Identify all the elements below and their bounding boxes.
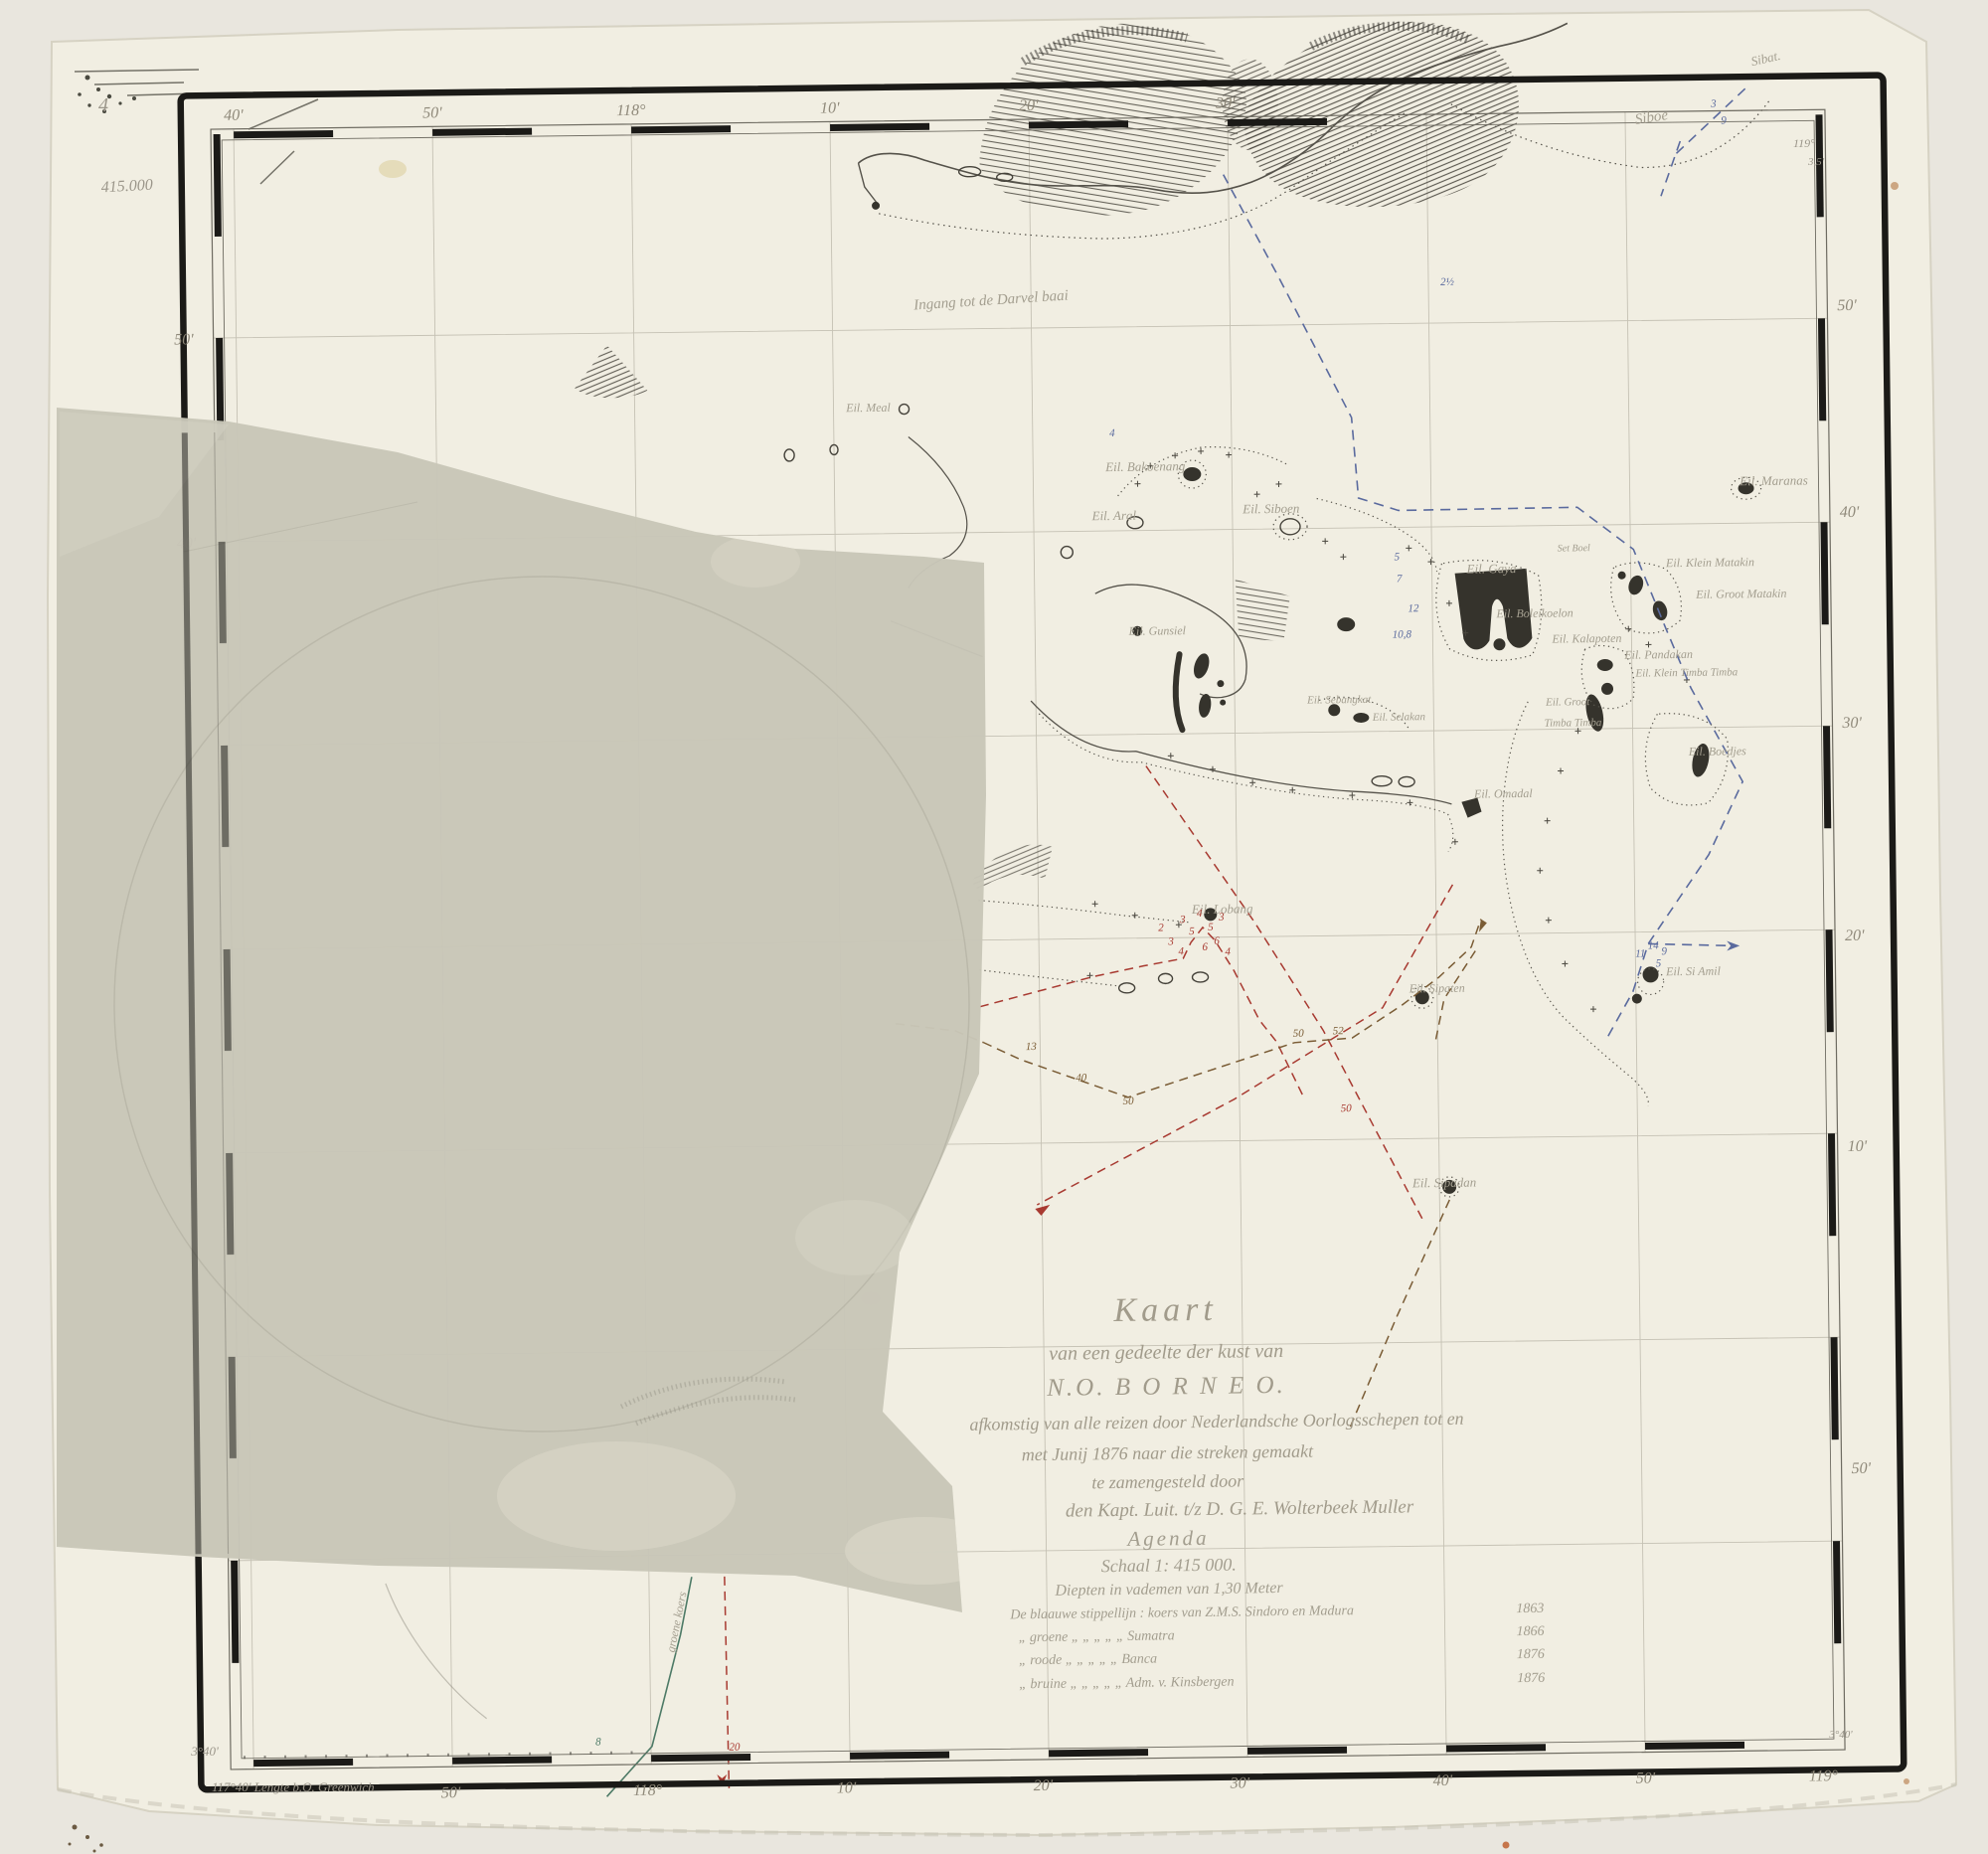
place-label: Eil. Boleikoelon xyxy=(1495,605,1573,620)
legend-row: „ bruine „ „ „ „ „ Adm. v. Kinsbergen xyxy=(1019,1675,1235,1693)
sounding-value: 4 xyxy=(1225,946,1231,958)
margin-note: 117°40' Lengte b.O. Greenwich xyxy=(212,1779,375,1794)
tick-label: 50' xyxy=(1852,1460,1872,1477)
sounding-value: 14 xyxy=(1648,939,1660,951)
title-line: te zamengesteld door xyxy=(1091,1470,1244,1492)
sounding-value: 5 xyxy=(1208,922,1214,933)
legend-year: 1866 xyxy=(1517,1624,1545,1639)
title-line: met Junij 1876 naar die streken gemaakt xyxy=(1022,1441,1314,1465)
place-label: Eil. Klein Matakin xyxy=(1665,555,1754,570)
tick-label: 30' xyxy=(1841,715,1862,732)
title-line: den Kapt. Luit. t/z D. G. E. Wolterbeek … xyxy=(1066,1496,1414,1521)
sounding-value: 40 xyxy=(1076,1072,1087,1084)
title-line: van een gedeelte der kust van xyxy=(1049,1340,1283,1365)
tick-label: 118° xyxy=(633,1782,663,1799)
tracing-paper-overlay xyxy=(57,408,1004,1612)
sounding-value: 3 xyxy=(1218,912,1225,924)
place-label: Timba Timba xyxy=(1544,717,1601,730)
tick-label: 50' xyxy=(1636,1770,1656,1786)
sounding-value: 5 xyxy=(1395,551,1401,563)
tick-label: 40' xyxy=(1433,1772,1453,1789)
tick-label: 50' xyxy=(174,331,194,348)
legend-row: „ groene „ „ „ „ „ Sumatra xyxy=(1019,1628,1175,1645)
place-label: Eil. Groot Matakin xyxy=(1695,587,1786,601)
place-label: Eil. Meal xyxy=(845,401,891,416)
place-label: Eil. Omadal xyxy=(1473,786,1533,801)
tick-label: 30' xyxy=(1215,94,1236,111)
sounding-value: 2½ xyxy=(1440,276,1454,288)
place-label: Eil. Aral xyxy=(1090,508,1136,524)
sounding-value: 6 xyxy=(1202,941,1208,953)
place-label: Eil. Sipadan xyxy=(1411,1175,1476,1191)
place-label: Eil. Siboen xyxy=(1242,501,1299,517)
legend-row: „ roode „ „ „ „ „ Banca xyxy=(1019,1652,1157,1669)
sounding-value: 3 xyxy=(1179,914,1186,926)
place-label: Eil. Selakan xyxy=(1372,711,1426,724)
sounding-value: 4 xyxy=(1178,945,1184,957)
tick-label: 10' xyxy=(837,1779,857,1796)
tick-label: 20' xyxy=(1034,1777,1054,1794)
legend-heading: Agenda xyxy=(1125,1526,1209,1551)
sounding-value: 8 xyxy=(595,1736,601,1748)
sounding-value: 11 xyxy=(1635,947,1645,959)
tick-label: 118° xyxy=(616,102,646,119)
legend-year: 1876 xyxy=(1517,1671,1545,1686)
sounding-value: 4 xyxy=(1197,908,1203,920)
place-label: Eil. Kalapoten xyxy=(1551,631,1621,646)
tick-label: 20' xyxy=(1019,97,1039,114)
sounding-value: 20 xyxy=(729,1742,741,1754)
margin-note: 415.000 xyxy=(100,177,153,197)
sounding-value: 50 xyxy=(1341,1102,1353,1114)
tick-label: 50' xyxy=(1837,297,1857,314)
tick-label: 50' xyxy=(422,104,442,121)
sounding-value: 5 xyxy=(1189,926,1195,937)
sounding-value: 7 xyxy=(1397,573,1403,585)
place-label: Eil. Boedjes xyxy=(1688,744,1746,758)
margin-note: 119° xyxy=(1793,136,1815,150)
sounding-value: 10,8 xyxy=(1393,628,1412,640)
legend-heading: Schaal 1: 415 000. xyxy=(1101,1555,1237,1577)
sounding-value: 13 xyxy=(1026,1041,1038,1053)
place-label: Eil. Maranas xyxy=(1739,472,1808,488)
tick-label: 50' xyxy=(441,1784,461,1801)
scanned-chart-page: 40'50'118°10'20'30' 50'118°10'20'30'40'5… xyxy=(0,0,1988,1854)
tick-label: 40' xyxy=(1840,504,1860,521)
place-label: Eil. Sebangkat xyxy=(1306,694,1372,707)
sounding-value: 50 xyxy=(1122,1096,1134,1107)
margin-note: 3°40' xyxy=(1828,1729,1853,1741)
sounding-value: 9 xyxy=(1661,945,1667,957)
sounding-value: 3 xyxy=(1167,935,1174,947)
place-label: Eil. Gaya xyxy=(1466,561,1518,577)
place-label: Eil. Groot xyxy=(1545,696,1590,709)
chart-canvas: 40'50'118°10'20'30' 50'118°10'20'30'40'5… xyxy=(0,0,1988,1854)
sounding-value: 52 xyxy=(1333,1025,1345,1037)
sounding-value: 2 xyxy=(1158,922,1164,933)
tick-label: 40' xyxy=(224,107,244,124)
sounding-value: 3 xyxy=(1710,98,1717,110)
place-label: Eil. Sipaten xyxy=(1408,981,1465,996)
tick-label: 10' xyxy=(1848,1138,1868,1155)
place-label: Eil. Pandakan xyxy=(1623,647,1693,662)
margin-note: 3,5' xyxy=(1807,156,1825,168)
sounding-value: 4 xyxy=(1109,427,1115,439)
title-line: N.O. B O R N E O. xyxy=(1046,1372,1286,1402)
sounding-value: 50 xyxy=(1293,1028,1305,1040)
legend-year: 1876 xyxy=(1517,1647,1545,1662)
tick-label: 30' xyxy=(1230,1774,1250,1791)
sounding-value: 9 xyxy=(1721,114,1727,126)
legend-heading: Diepten in vademen van 1,30 Meter xyxy=(1054,1580,1283,1600)
margin-note: 3°40' xyxy=(190,1744,219,1759)
tick-label: 10' xyxy=(820,99,840,116)
place-label: Eil. Gunsiel xyxy=(1128,623,1187,638)
sounding-value: 6 xyxy=(1214,935,1220,947)
margin-note: 4 xyxy=(98,94,108,116)
place-label: Eil. Bakoenang xyxy=(1104,458,1186,474)
title-line: Kaart xyxy=(1112,1291,1218,1329)
tick-label: 20' xyxy=(1845,927,1865,944)
place-label: Eil. Klein Timba Timba xyxy=(1634,666,1738,679)
sounding-value: 12 xyxy=(1408,602,1419,614)
sounding-value: 5 xyxy=(1656,957,1662,969)
place-label: Eil. Si Amil xyxy=(1665,964,1722,979)
legend-year: 1863 xyxy=(1516,1601,1544,1616)
tick-label: 119° xyxy=(1809,1768,1839,1784)
place-label: Set Boel xyxy=(1558,543,1590,554)
